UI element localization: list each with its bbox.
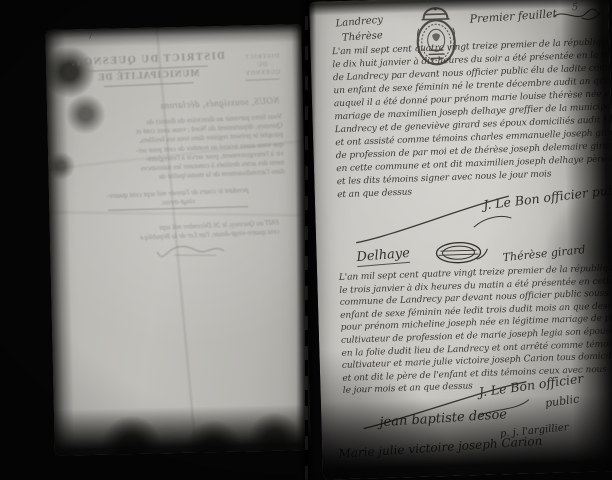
first-folio-header: Premier feuillet bbox=[469, 7, 557, 26]
signature-therese-girard: Thérèse girard bbox=[502, 243, 586, 264]
officiant-signature-act2-suffix: public bbox=[544, 392, 580, 409]
margin-place-annotation: Landrecy bbox=[335, 15, 383, 30]
letterhead-corner-block: DISTRICT DU QUESNOY bbox=[237, 52, 286, 81]
right-page: 5 Landrecy Thérèse Premier feuillet L'an… bbox=[309, 0, 612, 480]
printed-bleedthrough-block: DISTRICT DU QUESNOY DISTRICT DU QUESNOY.… bbox=[55, 48, 297, 288]
corner-rule bbox=[246, 78, 280, 80]
margin-name-annotation: Thérèse bbox=[342, 30, 383, 44]
act1-handwritten-text: L'an mil sept cent quatre vingt treize p… bbox=[332, 36, 611, 202]
letterhead: DISTRICT DU QUESNOY. MUNICIPALITÉ DE bbox=[63, 51, 232, 89]
signature-jean-baptiste-desoe: jean baptiste desoe bbox=[379, 407, 507, 430]
subheading-rule bbox=[104, 82, 194, 87]
corner-block-line: QUESNOY bbox=[238, 68, 286, 78]
printed-signature-scribble-icon bbox=[156, 241, 227, 260]
binding-stitches bbox=[305, 0, 308, 480]
printed-body-text: Vous ferez parvenir au directoire du dis… bbox=[72, 111, 285, 185]
signature-marie-julie-carion: Marie julie victoire joseph Carion bbox=[338, 434, 543, 461]
signature-delhaye: Delhaye bbox=[356, 246, 411, 267]
signature-paraph-icon bbox=[432, 237, 489, 269]
binding-gutter bbox=[296, 0, 316, 480]
left-page-corner-number: 7 bbox=[87, 32, 93, 42]
printed-footer: FAIT au Quesnoy, le 26 Décembre mil sept… bbox=[79, 219, 280, 245]
left-page: 7 DISTRICT DU QUESNOY DISTRICT DU QUESNO… bbox=[45, 24, 311, 456]
pen-flourish-icon bbox=[551, 5, 602, 24]
archival-document-scan: 7 DISTRICT DU QUESNOY DISTRICT DU QUESNO… bbox=[0, 0, 612, 480]
